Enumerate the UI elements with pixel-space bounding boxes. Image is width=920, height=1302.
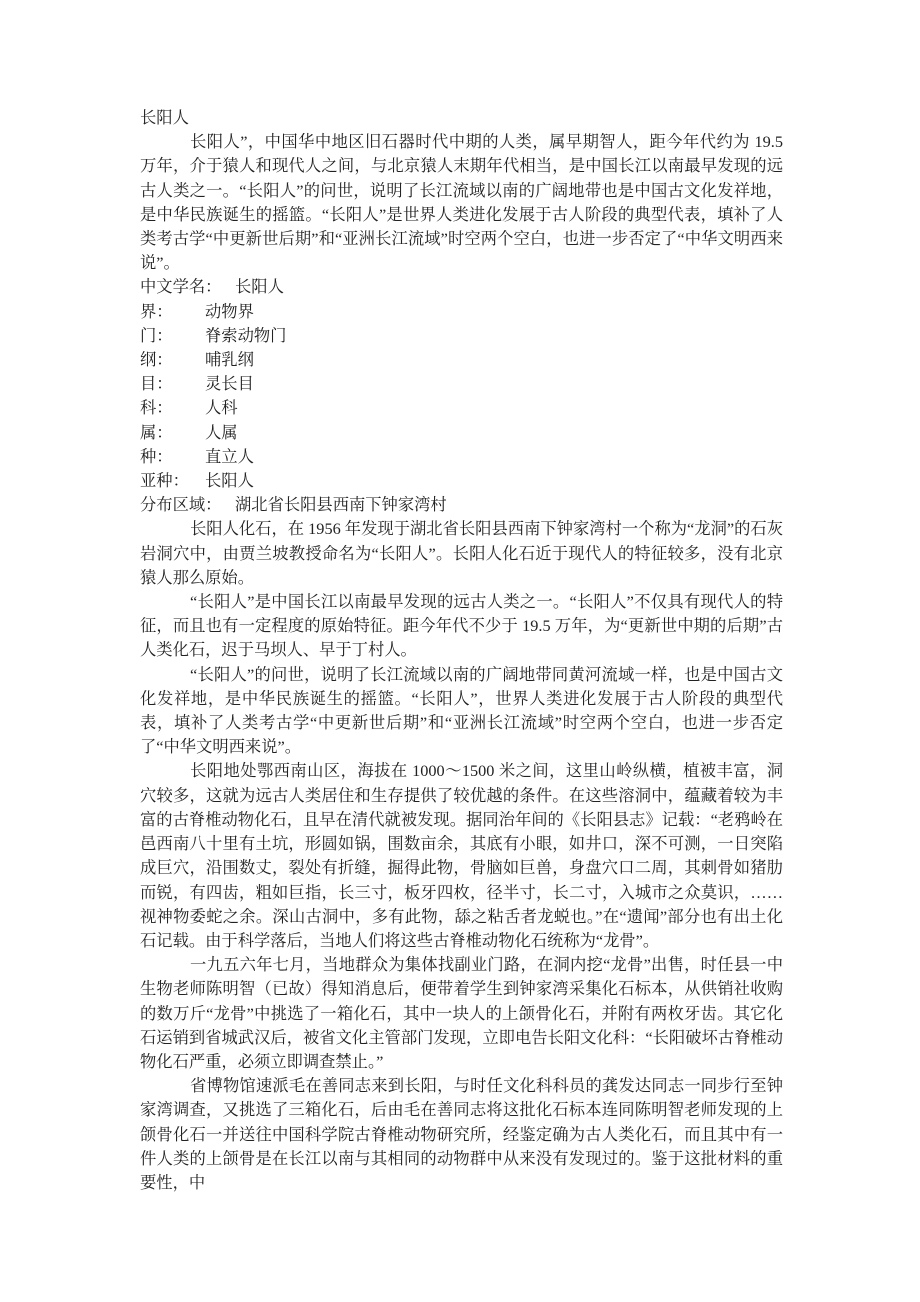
taxonomy-value: 直立人 [205,447,254,466]
taxonomy-value: 湖北省长阳县西南下钟家湾村 [235,495,447,514]
taxonomy-label: 科： [140,396,205,420]
taxonomy-row: 属：人属 [140,421,783,445]
taxonomy-row: 分布区域：湖北省长阳县西南下钟家湾村 [140,493,783,517]
taxonomy-value: 长阳人 [235,277,284,296]
body-paragraph-1956-find: 一九五六年七月，当地群众为集体找副业门路，在洞内挖“龙骨”出售，时任县一中生物老… [140,953,783,1074]
taxonomy-label: 分布区域： [140,493,235,517]
taxonomy-row: 亚种：长阳人 [140,469,783,493]
taxonomy-value: 哺乳纲 [205,350,254,369]
taxonomy-label: 种： [140,445,205,469]
taxonomy-label: 属： [140,421,205,445]
taxonomy-row: 科：人科 [140,396,783,420]
taxonomy-value: 人属 [205,423,238,442]
intro-paragraph: 长阳人”，中国华中地区旧石器时代中期的人类，属早期智人，距今年代约为 19.5 … [140,130,783,275]
body-paragraph-features: “长阳人”是中国长江以南最早发现的远古人类之一。“长阳人”不仅具有现代人的特征，… [140,590,783,663]
taxonomy-value: 人科 [205,398,238,417]
taxonomy-value: 脊索动物门 [205,326,286,345]
document-content: 长阳人 长阳人”，中国华中地区旧石器时代中期的人类，属早期智人，距今年代约为 1… [140,106,783,1195]
taxonomy-row: 中文学名：长阳人 [140,275,783,299]
taxonomy-label: 目： [140,372,205,396]
taxonomy-row: 界：动物界 [140,300,783,324]
taxonomy-label: 门： [140,324,205,348]
body-paragraph-geography: 长阳地处鄂西南山区，海拔在 1000～1500 米之间，这里山岭纵横，植被丰富，… [140,759,783,953]
body-paragraph-discovery: 长阳人化石，在 1956 年发现于湖北省长阳县西南下钟家湾村一个称为“龙洞”的石… [140,517,783,590]
taxonomy-value: 动物界 [205,302,254,321]
body-paragraph-significance: “长阳人”的问世，说明了长江流域以南的广阔地带同黄河流域一样，也是中国古文化发祥… [140,663,783,760]
taxonomy-row: 门：脊索动物门 [140,324,783,348]
doc-title: 长阳人 [140,106,783,130]
body-paragraph-museum-investigation: 省博物馆速派毛在善同志来到长阳，与时任文化科科员的龚发达同志一同步行至钟家湾调查… [140,1074,783,1195]
taxonomy-label: 界： [140,300,205,324]
taxonomy-row: 纲：哺乳纲 [140,348,783,372]
taxonomy-label: 中文学名： [140,275,235,299]
taxonomy-list: 中文学名：长阳人 界：动物界 门：脊索动物门 纲：哺乳纲 目：灵长目 科：人科 … [140,275,783,517]
taxonomy-value: 长阳人 [205,471,254,490]
taxonomy-row: 目：灵长目 [140,372,783,396]
taxonomy-label: 亚种： [140,469,205,493]
taxonomy-value: 灵长目 [205,374,254,393]
taxonomy-label: 纲： [140,348,205,372]
taxonomy-row: 种：直立人 [140,445,783,469]
document-page: 长阳人 长阳人”，中国华中地区旧石器时代中期的人类，属早期智人，距今年代约为 1… [0,0,920,1302]
